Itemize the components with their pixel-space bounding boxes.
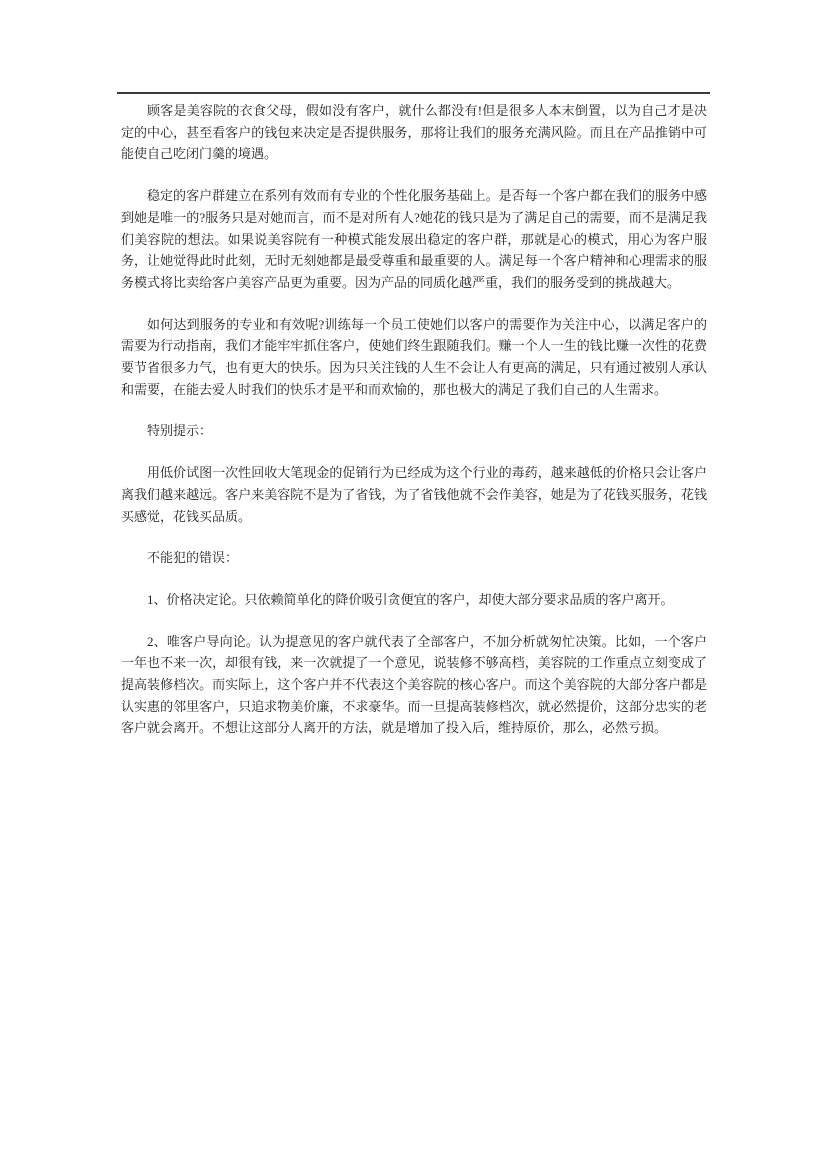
header-rule — [117, 92, 710, 94]
document-page: 顾客是美容院的衣食父母，假如没有客户，就什么都没有!但是很多人本末倒置，以为自己… — [0, 0, 827, 1169]
paragraph-stable-client-base: 稳定的客户群建立在系列有效而有专业的个性化服务基础上。是否每一个客户都在我们的服… — [121, 185, 707, 294]
section-heading-mistakes: 不能犯的错误： — [121, 547, 707, 569]
section-heading-special-notice: 特别提示： — [121, 420, 707, 442]
paragraph-low-price-poison: 用低价试图一次性回收大笔现金的促销行为已经成为这个行业的毒药，越来越低的价格只会… — [121, 462, 707, 527]
document-body: 顾客是美容院的衣食父母，假如没有客户，就什么都没有!但是很多人本末倒置，以为自己… — [121, 100, 707, 759]
paragraph-professional-service: 如何达到服务的专业和有效呢?训练每一个员工使她们以客户的需要作为关注中心，以满足… — [121, 314, 707, 401]
list-item-customer-orientation-only: 2、唯客户导向论。认为提意见的客户就代表了全部客户，不加分析就匆忙决策。比如，一… — [121, 631, 707, 740]
list-item-price-determinism: 1、价格决定论。只依赖简单化的降价吸引贪便宜的客户，却使大部分要求品质的客户离开… — [121, 589, 707, 611]
paragraph-customers-are-parents: 顾客是美容院的衣食父母，假如没有客户，就什么都没有!但是很多人本末倒置，以为自己… — [121, 100, 707, 165]
